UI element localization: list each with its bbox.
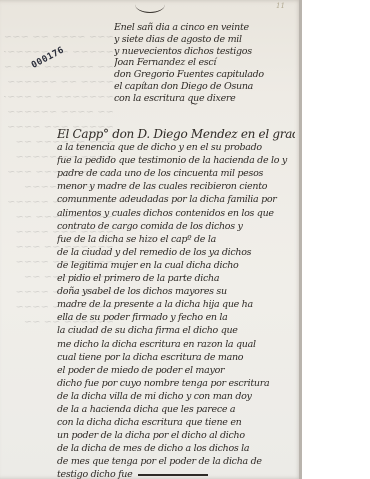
top-flourish — [135, 0, 165, 13]
body-line: doña ysabel de los dichos mayores su — [57, 285, 295, 298]
body-line: el poder de miedo de poder el mayor — [57, 364, 295, 377]
body-line: de la dicha de mes de dicho a los dichos… — [57, 442, 295, 455]
rubric-mark: ~ — [190, 99, 198, 110]
body-text: El Capp° don D. Diego Mendez en el grado… — [57, 128, 295, 479]
body-line: madre de la presente a la dicha hija que… — [57, 298, 295, 311]
body-line: de mes que tenga por el poder de la dich… — [57, 455, 295, 468]
body-line: padre de cada uno de los cincuenta mil p… — [57, 167, 295, 180]
body-line-final: testigo dicho fue — [57, 468, 295, 479]
body-line: fue la pedido que testimonio de la hacie… — [57, 154, 295, 167]
header-line: don Gregorio Fuentes capitulado — [114, 69, 294, 81]
closing-text: testigo dicho fue — [57, 469, 132, 479]
header-line: Joan Fernandez el escí — [114, 57, 294, 69]
body-line: de legitima mujer en la cual dicha dicho — [57, 259, 295, 272]
body-line: con la dicha dicha escritura que tiene e… — [57, 416, 295, 429]
header-note: Enel sañ dia a cinco en veinte y siete d… — [114, 22, 294, 105]
body-line: fue de la dicha se hizo el capº de la — [57, 233, 295, 246]
body-line: cual tiene por la dicha escritura de man… — [57, 351, 295, 364]
header-line: y nuevecientos dichos testigos — [114, 46, 294, 58]
header-line: y siete dias de agosto de mil — [114, 34, 294, 46]
body-line: comunmente adeudadas por la dicha famili… — [57, 193, 295, 206]
closing-rule — [138, 474, 208, 476]
body-line: la ciudad de su dicha firma el dicho que — [57, 324, 295, 337]
body-line: a la tenencia que de dicho y en el su pr… — [57, 141, 295, 154]
body-line: de la a hacienda dicha que les parece a — [57, 403, 295, 416]
body-line: menor y madre de las cuales recibieron c… — [57, 180, 295, 193]
body-line: alimentos y cuales dichos contenidos en … — [57, 207, 295, 220]
header-line: Enel sañ dia a cinco en veinte — [114, 22, 294, 34]
body-line: de la ciudad y del remedio de los ya dic… — [57, 246, 295, 259]
body-line: contrato de cargo comida de los dichos y — [57, 220, 295, 233]
body-line: el pidio el primero de la parte dicha — [57, 272, 295, 285]
header-line: el capítan don Diego de Osuna — [114, 81, 294, 93]
body-line: me dicho la dicha escritura en razon la … — [57, 338, 295, 351]
body-line: de la dicha villa de mi dicho y con man … — [57, 390, 295, 403]
body-line: ella de su poder firmado y fecho en la — [57, 311, 295, 324]
body-line: un poder de la dicha por el dicho al dic… — [57, 429, 295, 442]
header-line: con la escritura que dixere — [114, 93, 294, 105]
manuscript-page: ~~~ ~~~~ ~~ ~~~~ ~~~~~ ~~ ~~~~~~~ ~~ ~~~… — [0, 0, 302, 479]
folio-number: 11 — [276, 2, 285, 10]
body-line: dicho fue por cuyo nombre tenga por escr… — [57, 377, 295, 390]
body-line: El Capp° don D. Diego Mendez en el grado… — [57, 128, 295, 141]
